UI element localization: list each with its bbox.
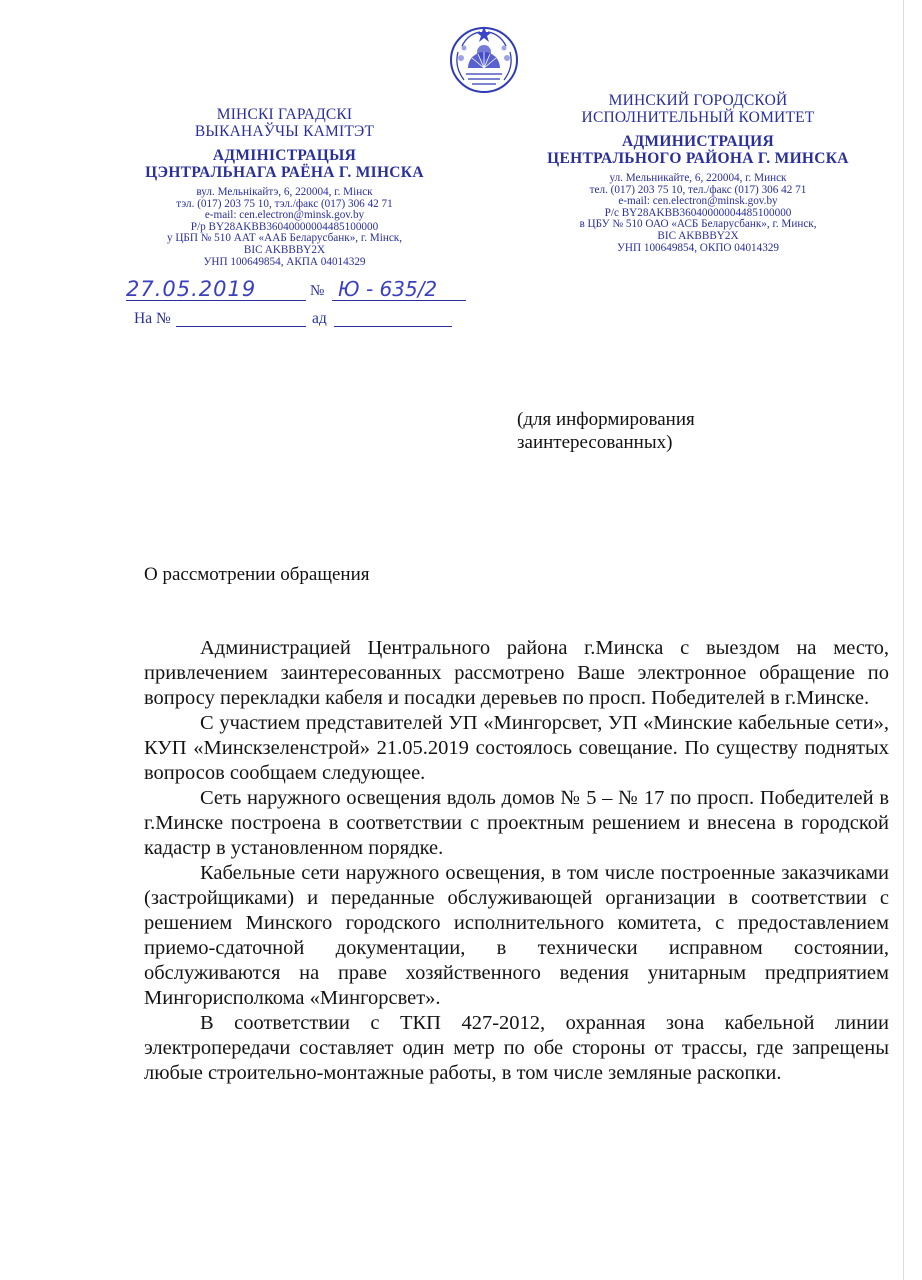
registration-number: Ю - 635/2 — [332, 278, 466, 301]
admin-name-ru: АДМИНИСТРАЦИЯ ЦЕНТРАЛЬНОГО РАЙОНА Г. МИН… — [524, 133, 872, 167]
body-paragraph: С участием представителей УП «Мингорсвет… — [144, 711, 889, 786]
number-label: № — [310, 283, 324, 300]
recipient-block: (для информирования заинтересованных) — [517, 408, 695, 454]
reference-ad-label: ад — [312, 310, 327, 328]
body-paragraph: Сеть наружного освещения вдоль домов № 5… — [144, 786, 889, 861]
address-block-ru: ул. Мельникайте, 6, 220004, г. Минск тел… — [524, 173, 872, 254]
reference-number-blank — [176, 326, 306, 327]
reference-row: На № ад — [134, 310, 464, 332]
registration-date: 27.05.2019 — [126, 278, 306, 301]
page-edge — [903, 0, 904, 1280]
letter-subject: О рассмотрении обращения — [144, 564, 370, 586]
admin-name-by: АДМІНІСТРАЦЫЯ ЦЭНТРАЛЬНАГА РАЁНА Г. МІНС… — [112, 147, 457, 181]
letter-body: Администрацией Центрального района г.Мин… — [144, 636, 889, 1086]
letterhead-russian: МИНСКИЙ ГОРОДСКОЙ ИСПОЛНИТЕЛЬНЫЙ КОМИТЕТ… — [524, 92, 872, 254]
body-paragraph: В соответствии с ТКП 427-2012, охранная … — [144, 1011, 889, 1086]
registration-row: 27.05.2019 № Ю - 635/2 — [120, 280, 460, 302]
address-block-by: вул. Мельнікайтэ, 6, 220004, г. Мінск тэ… — [112, 187, 457, 268]
belarus-coat-of-arms-icon — [446, 22, 522, 94]
body-paragraph: Администрацией Центрального района г.Мин… — [144, 636, 889, 711]
org-name-ru: МИНСКИЙ ГОРОДСКОЙ ИСПОЛНИТЕЛЬНЫЙ КОМИТЕТ — [524, 92, 872, 126]
reference-date-blank — [334, 326, 452, 327]
reference-label: На № — [134, 310, 171, 328]
letterhead-belarusian: МІНСКІ ГАРАДСКІ ВЫКАНАЎЧЫ КАМІТЭТ АДМІНІ… — [112, 106, 457, 268]
org-name-by: МІНСКІ ГАРАДСКІ ВЫКАНАЎЧЫ КАМІТЭТ — [112, 106, 457, 140]
body-paragraph: Кабельные сети наружного освещения, в то… — [144, 861, 889, 1011]
